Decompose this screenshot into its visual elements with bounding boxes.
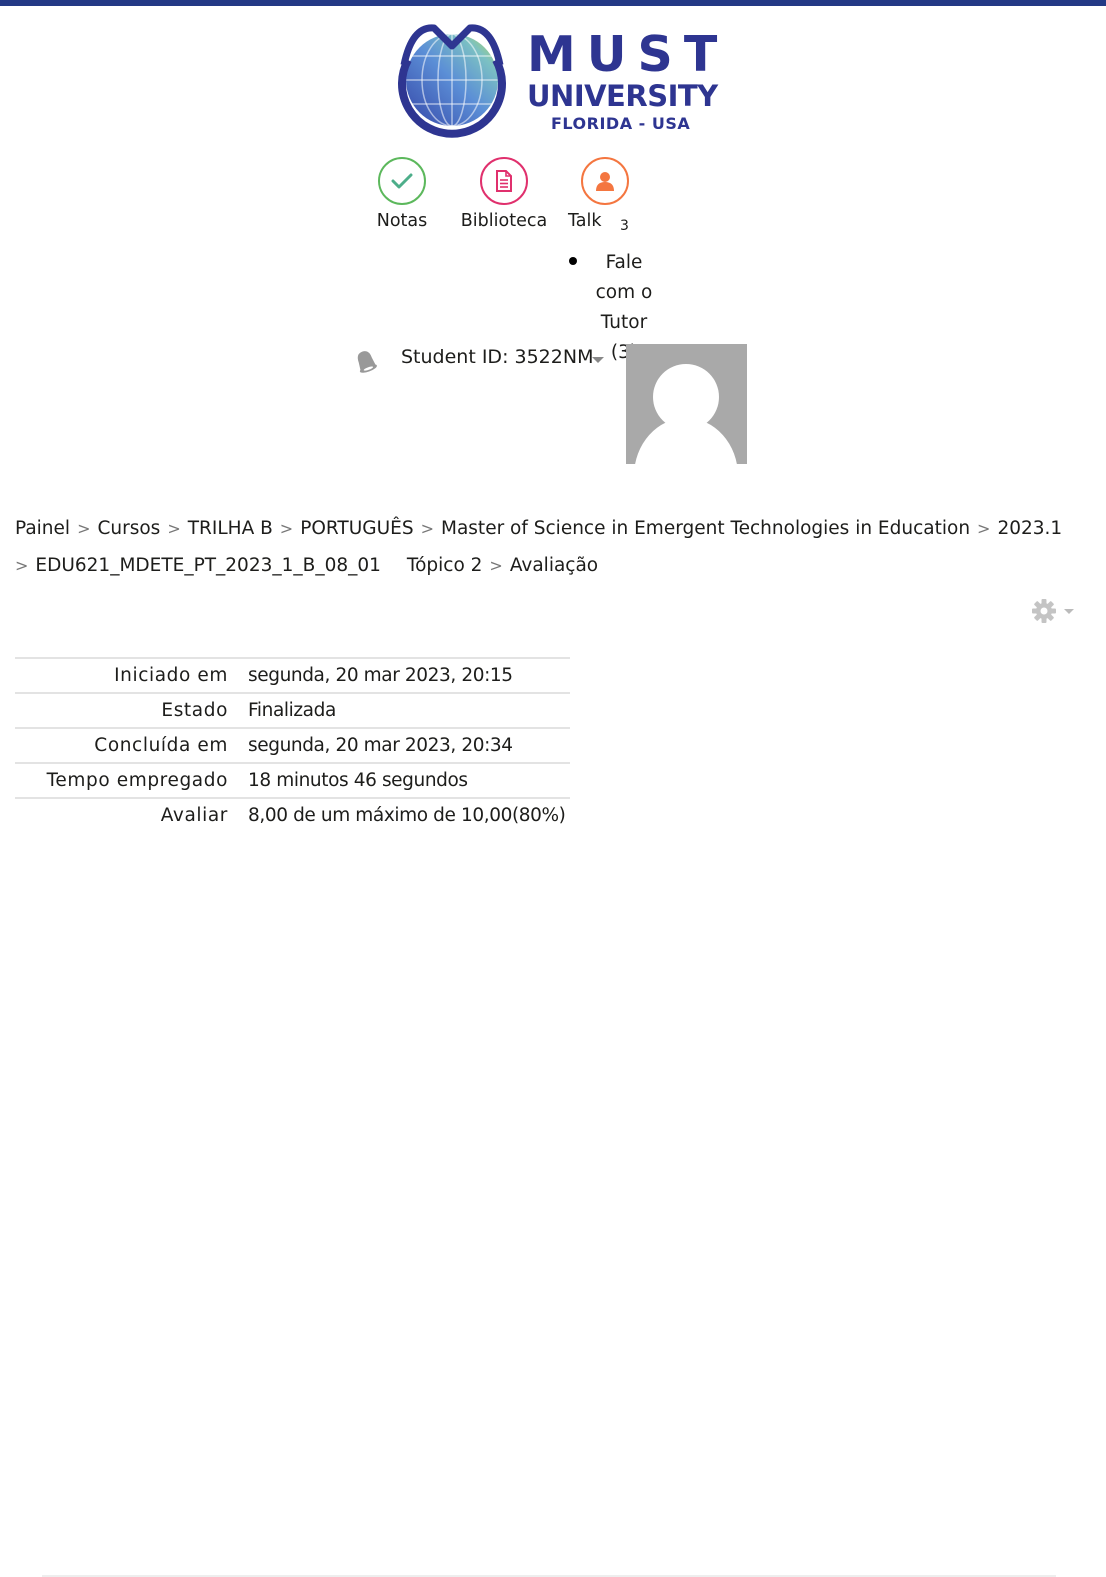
breadcrumb-portugues[interactable]: PORTUGUÊS [300,518,413,539]
chevron-down-icon[interactable] [592,357,604,363]
breadcrumb-term[interactable]: 2023.1 [997,518,1062,539]
breadcrumb-cursos[interactable]: Cursos [97,518,160,539]
logo-university-text: UNIVERSITY [527,80,718,112]
table-row: Tempo empregado 18 minutos 46 segundos [15,763,570,798]
quick-link-biblioteca[interactable]: Biblioteca [458,157,550,231]
summary-label: Tempo empregado [15,763,248,798]
summary-label: Avaliar [15,798,248,832]
quick-link-label: Notas [368,211,436,231]
chevron-right-icon: > [977,510,990,547]
breadcrumb-topic[interactable]: Tópico 2 [407,555,483,576]
summary-value: Finalizada [248,693,570,728]
chevron-right-icon: > [167,510,180,547]
quick-link-label: Talk [560,211,650,231]
student-id-menu[interactable]: Student ID: 3522NM [401,346,593,368]
summary-value: 18 minutos 46 segundos [248,763,570,798]
chevron-right-icon: > [489,547,502,584]
quick-link-talk[interactable]: Talk [560,157,650,231]
attempt-summary-table: Iniciado em segunda, 20 mar 2023, 20:15 … [15,657,570,832]
gear-icon[interactable] [1031,598,1057,629]
logo-location-text: FLORIDA - USA [551,115,690,133]
quick-link-label: Biblioteca [458,211,550,231]
top-brand-bar [0,0,1106,6]
breadcrumb-course[interactable]: EDU621_MDETE_PT_2023_1_B_08_01 [35,555,381,576]
avatar[interactable] [626,344,747,464]
summary-value: 8,00 de um máximo de 10,00(80%) [248,798,570,832]
list-bullet [569,257,577,265]
quick-link-notas[interactable]: Notas [368,157,436,231]
breadcrumb-painel[interactable]: Painel [15,518,70,539]
breadcrumb-program[interactable]: Master of Science in Emergent Technologi… [441,518,970,539]
check-icon [378,157,426,205]
summary-label: Estado [15,693,248,728]
chevron-right-icon: > [280,510,293,547]
summary-value: segunda, 20 mar 2023, 20:15 [248,658,570,693]
talk-unread-badge: 3 [620,218,629,234]
must-university-logo[interactable]: MUST UNIVERSITY FLORIDA - USA [390,20,720,140]
breadcrumb-current[interactable]: Avaliação [510,555,598,576]
summary-label: Concluída em [15,728,248,763]
chevron-down-icon[interactable] [1064,609,1074,614]
globe-logo-icon [390,20,515,138]
table-row: Iniciado em segunda, 20 mar 2023, 20:15 [15,658,570,693]
table-row: Concluída em segunda, 20 mar 2023, 20:34 [15,728,570,763]
logo-must-text: MUST [527,28,728,82]
table-row: Estado Finalizada [15,693,570,728]
breadcrumb-trilha[interactable]: TRILHA B [188,518,273,539]
chevron-right-icon: > [15,547,28,584]
summary-label: Iniciado em [15,658,248,693]
bell-icon[interactable] [354,349,378,380]
summary-value: segunda, 20 mar 2023, 20:34 [248,728,570,763]
chevron-right-icon: > [77,510,90,547]
chevron-right-icon: > [421,510,434,547]
breadcrumb: Painel>Cursos>TRILHA B>PORTUGUÊS>Master … [15,510,1095,584]
person-icon [581,157,629,205]
document-icon [480,157,528,205]
user-silhouette-icon [626,344,747,464]
table-row: Avaliar 8,00 de um máximo de 10,00(80%) [15,798,570,832]
